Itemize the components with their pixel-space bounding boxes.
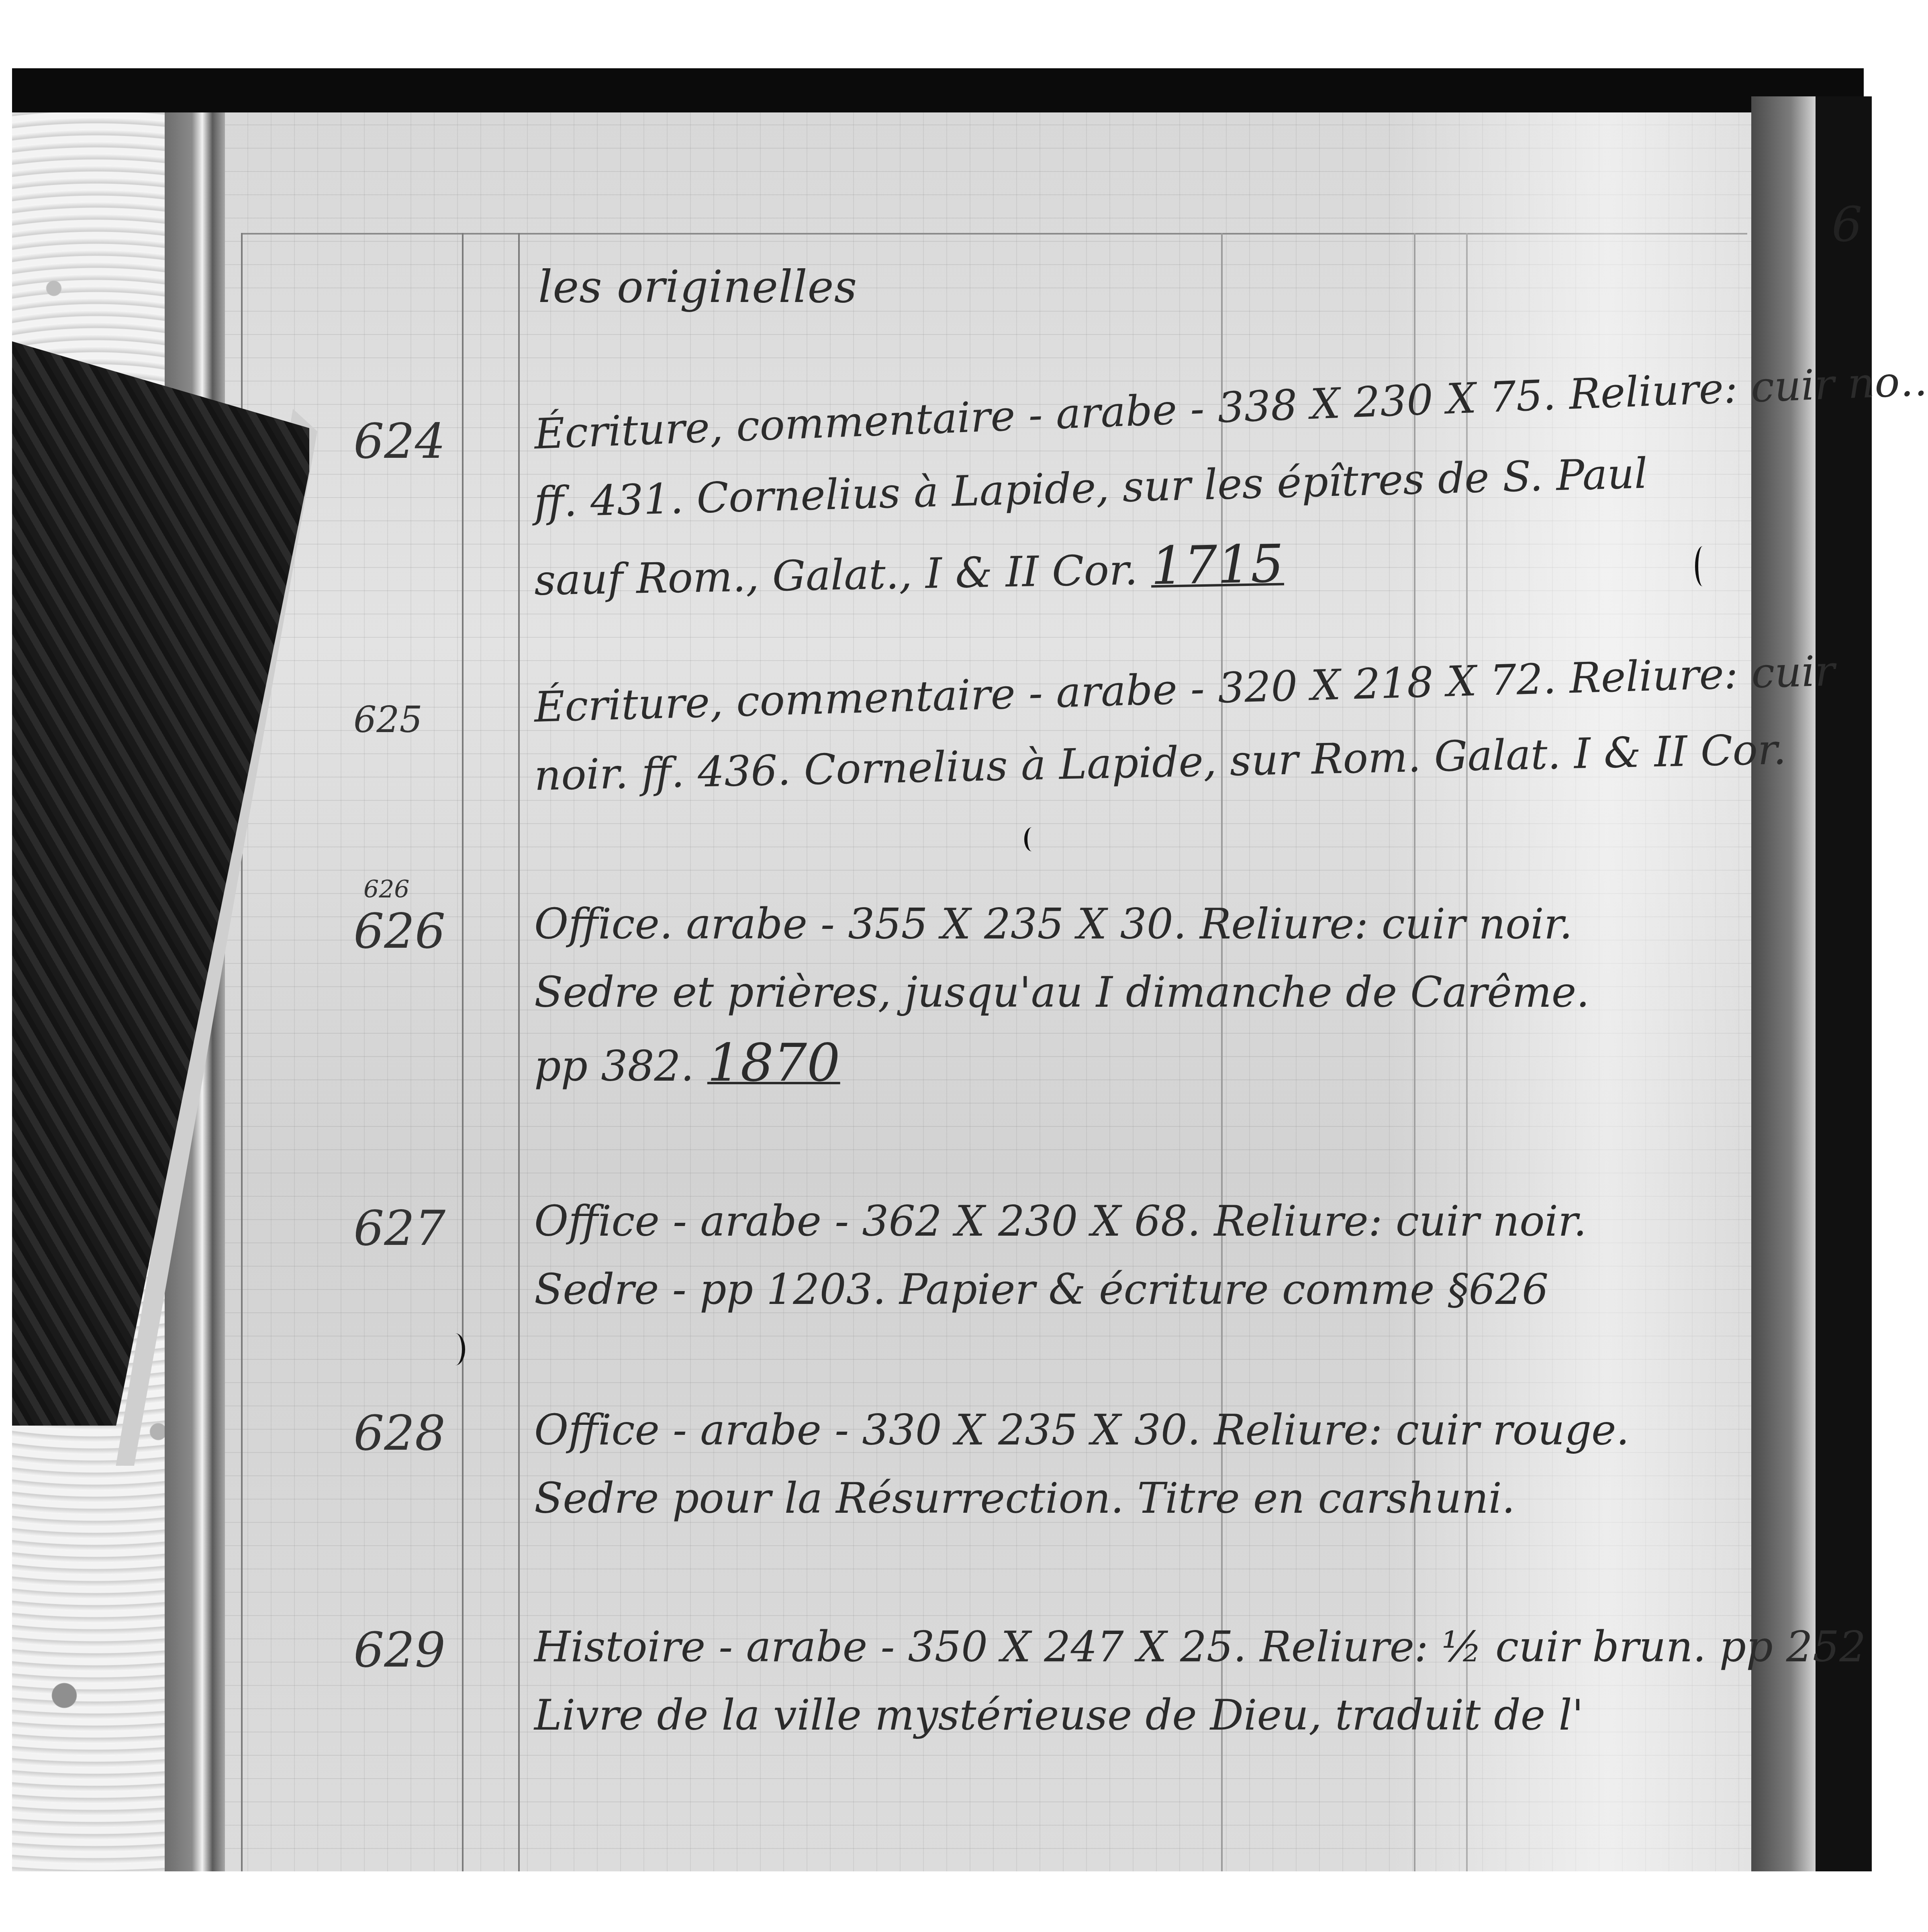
pencil-mark	[1695, 546, 1710, 586]
entry-line: Sedre - pp 1203. Papier & écriture comme…	[534, 1265, 1548, 1314]
entry-line: sauf Rom., Galat., I & II Cor. 1715	[534, 533, 1285, 607]
entry-line: Histoire - arabe - 350 X 247 X 25. Reliu…	[534, 1622, 1866, 1671]
entry-number: 625	[353, 699, 423, 741]
pencil-mark	[1024, 827, 1040, 851]
photo-top-border	[12, 68, 1864, 112]
pencil-mark	[446, 1333, 465, 1365]
entry-text: sauf Rom., Galat., I & II Cor.	[534, 545, 1138, 605]
text-column-rule	[518, 233, 520, 1871]
entry-line: Office. arabe - 355 X 235 X 30. Reliure:…	[534, 900, 1573, 949]
page-number: 6	[1832, 197, 1862, 253]
entry-number: 628	[353, 1406, 445, 1461]
entry-line: Office - arabe - 330 X 235 X 30. Reliure…	[534, 1406, 1630, 1455]
entry-line: Sedre et prières, jusqu'au I dimanche de…	[534, 968, 1589, 1017]
entry-line: Office - arabe - 362 X 230 X 68. Reliure…	[534, 1197, 1587, 1246]
entry-date: 1715	[1150, 533, 1284, 596]
entry-number-correction: 626	[364, 875, 410, 904]
entry-line: Sedre pour la Résurrection. Titre en car…	[534, 1474, 1515, 1523]
number-column-rule	[462, 233, 464, 1871]
page-heading: les originelles	[538, 261, 857, 312]
entry-number: 626	[353, 904, 445, 959]
entry-line: Livre de la ville mystérieuse de Dieu, t…	[534, 1691, 1583, 1740]
entry-date: 1870	[707, 1032, 840, 1093]
entry-text: pp 382.	[534, 1042, 694, 1091]
entry-number: 624	[353, 414, 445, 469]
entry-number: 629	[353, 1622, 445, 1678]
entry-line: pp 382. 1870	[534, 1032, 840, 1093]
entry-number: 627	[353, 1201, 445, 1257]
